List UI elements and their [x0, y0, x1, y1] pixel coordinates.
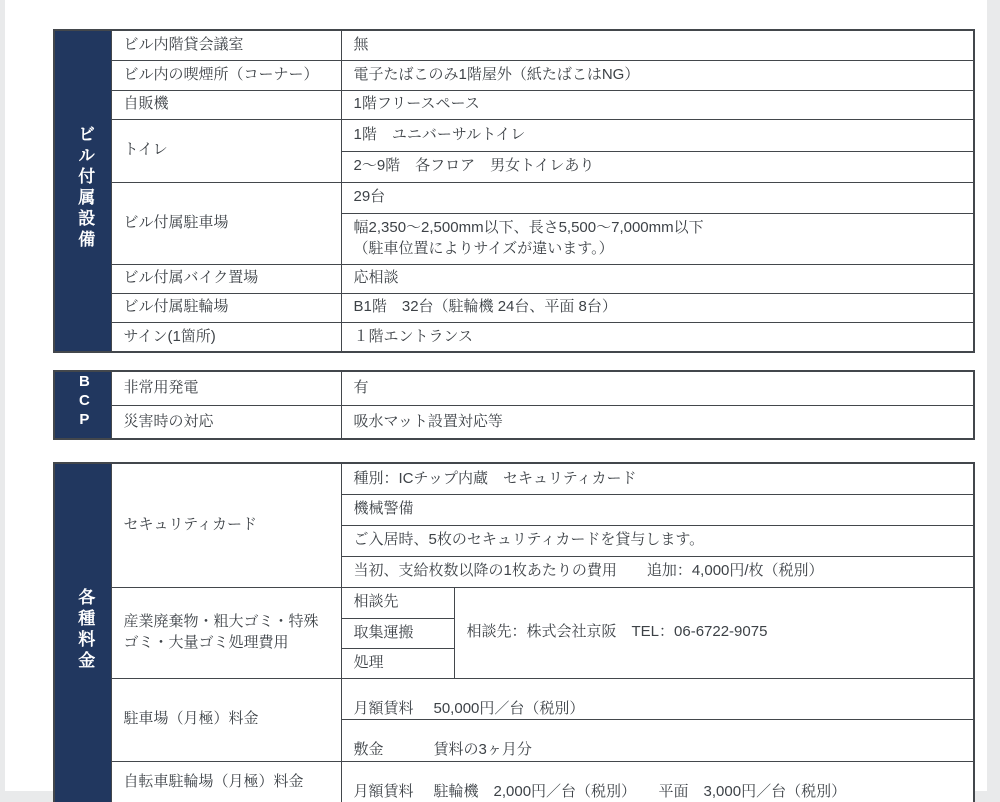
- row-label: セキュリティカード: [111, 463, 341, 587]
- row-value: 当初、支給枚数以降の1枚あたりの費用 追加：4,000円/枚（税別）: [341, 556, 974, 587]
- bcp-table: BCP 非常用発電 有 災害時の対応 吸水マット設置対応等: [53, 370, 975, 440]
- row-label: トイレ: [111, 119, 341, 182]
- row-label: 自転車駐輪場（月極）料金: [111, 761, 341, 802]
- row-label: 駐車場（月極）料金: [111, 678, 341, 761]
- row-value: 吸水マット設置対応等: [341, 405, 974, 439]
- row-label: 災害時の対応: [111, 405, 341, 439]
- row-value: 幅2,350～2,500mm以下、長さ5,500～7,000mm以下 （駐車位置…: [341, 213, 974, 264]
- fee-value: 50,000円／台（税別）: [434, 700, 585, 717]
- fee-key: 月額賃料: [354, 699, 434, 719]
- row-value: 応相談: [341, 264, 974, 293]
- row-label: サイン(1箇所): [111, 322, 341, 352]
- sub-label: 取集運搬: [341, 618, 454, 648]
- section-title: 各種料金: [72, 588, 95, 672]
- row-label: 自販機: [111, 90, 341, 119]
- row-value: 1階 ユニバーサルトイレ: [341, 119, 974, 151]
- row-value: 種別：ICチップ内蔵 セキュリティカード: [341, 463, 974, 494]
- building-facilities-table: ビル付属設備 ビル内階貸会議室 無 ビル内の喫煙所（コーナー） 電子たばこのみ1…: [53, 29, 975, 353]
- row-label: ビル内階貸会議室: [111, 30, 341, 60]
- sub-label: 処理: [341, 648, 454, 678]
- row-value: B1階 32台（駐輪機 24台、平面 8台）: [341, 293, 974, 322]
- section-header-fees: 各種料金: [54, 463, 111, 802]
- row-label: 産業廃棄物・粗大ゴミ・特殊ゴミ・大量ゴミ処理費用: [111, 587, 341, 678]
- row-value: 月額賃料駐輪機 2,000円／台（税別） 平面 3,000円／台（税別）: [341, 761, 974, 802]
- fee-key: 月額賃料: [354, 782, 434, 802]
- section-header-building-facilities: ビル付属設備: [54, 30, 111, 352]
- row-value: 月額賃料50,000円／台（税別）: [341, 678, 974, 720]
- row-value: １階エントランス: [341, 322, 974, 352]
- row-label: 非常用発電: [111, 371, 341, 405]
- section-title: BCP: [74, 373, 94, 430]
- row-label: ビル付属バイク置場: [111, 264, 341, 293]
- row-value: 29台: [341, 182, 974, 213]
- section-header-bcp: BCP: [54, 371, 111, 439]
- fee-key: 敷金: [354, 740, 434, 760]
- row-value: 2～9階 各フロア 男女トイレあり: [341, 151, 974, 182]
- row-value: 無: [341, 30, 974, 60]
- row-label: ビル付属駐輪場: [111, 293, 341, 322]
- row-value: 敷金賃料の3ヶ月分: [341, 720, 974, 762]
- row-label: ビル内の喫煙所（コーナー）: [111, 60, 341, 90]
- row-value: ご入居時、5枚のセキュリティカードを貸与します。: [341, 525, 974, 556]
- row-value: 有: [341, 371, 974, 405]
- fee-value: 賃料の3ヶ月分: [434, 741, 532, 758]
- row-label: ビル付属駐車場: [111, 182, 341, 264]
- fee-value: 駐輪機 2,000円／台（税別） 平面 3,000円／台（税別）: [434, 783, 847, 800]
- row-value: 機械警備: [341, 494, 974, 525]
- section-title: ビル付属設備: [72, 125, 95, 251]
- sub-label: 相談先: [341, 587, 454, 618]
- fees-table: 各種料金 セキュリティカード 種別：ICチップ内蔵 セキュリティカード 機械警備…: [53, 462, 975, 802]
- row-value: 1階フリースペース: [341, 90, 974, 119]
- merged-value: 相談先：株式会社京阪 TEL：06-6722-9075: [454, 587, 974, 678]
- row-value: 電子たばこのみ1階屋外（紙たばこはNG）: [341, 60, 974, 90]
